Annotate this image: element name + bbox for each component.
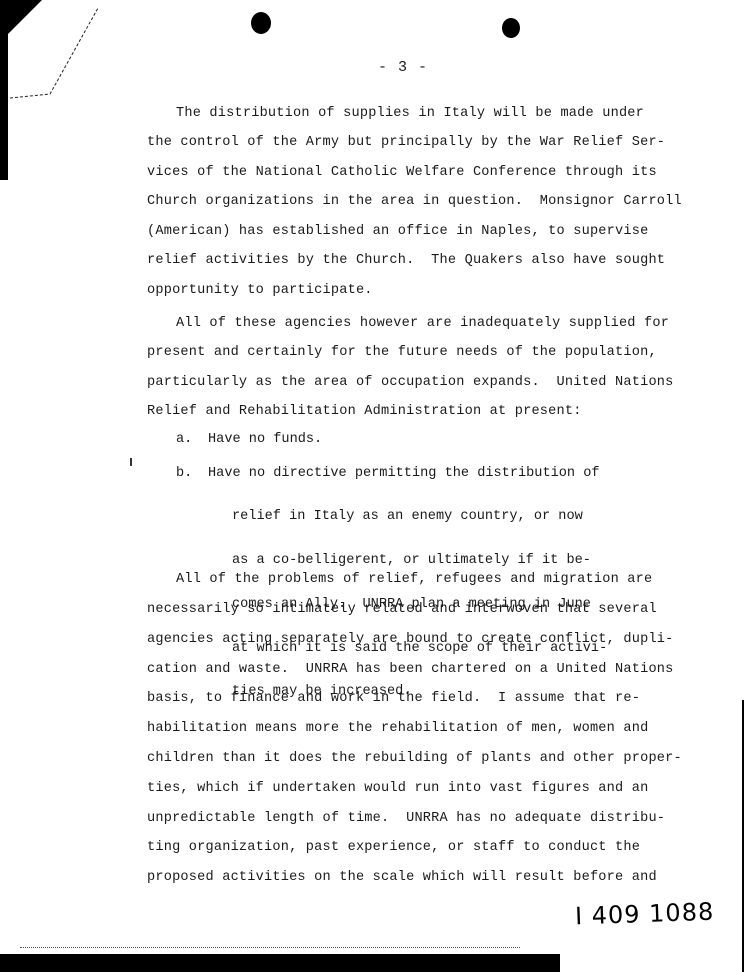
list-item-b-text: Have no directive permitting the distrib… bbox=[208, 466, 600, 481]
text-line: unpredictable length of time. UNRRA has … bbox=[147, 811, 665, 826]
punch-hole-icon bbox=[251, 12, 271, 34]
text-line: (American) has established an office in … bbox=[147, 224, 648, 239]
text-line: All of the problems of relief, refugees … bbox=[176, 572, 652, 587]
text-line: ting organization, past experience, or s… bbox=[147, 840, 640, 855]
paragraph-3: All of the problems of relief, refugees … bbox=[147, 572, 717, 767]
document-page: - 3 - The distribution of supplies in It… bbox=[0, 0, 750, 972]
text-line: relief activities by the Church. The Qua… bbox=[147, 253, 665, 268]
list-item-a-label: a. bbox=[176, 432, 192, 447]
text-line: children than it does the rebuilding of … bbox=[147, 751, 682, 766]
page-number: - 3 - bbox=[378, 59, 428, 76]
text-line: agencies acting separately are bound to … bbox=[147, 632, 674, 647]
text-line: Church organizations in the area in ques… bbox=[147, 194, 682, 209]
text-line: proposed activities on the scale which w… bbox=[147, 870, 657, 885]
handwritten-archive-reference: I 409 1088 bbox=[575, 898, 715, 931]
text-line: The distribution of supplies in Italy wi… bbox=[176, 106, 644, 121]
text-line: the control of the Army but principally … bbox=[147, 135, 665, 150]
text-line: relief in Italy as an enemy country, or … bbox=[232, 510, 607, 525]
punch-hole-icon bbox=[502, 18, 520, 38]
text-line: vices of the National Catholic Welfare C… bbox=[147, 165, 657, 180]
paragraph-2: All of these agencies however are inadeq… bbox=[147, 316, 717, 406]
text-line: as a co-belligerent, or ultimately if it… bbox=[232, 554, 607, 569]
scan-bottom-edge bbox=[0, 954, 560, 972]
text-line: necessarily so intimately related and in… bbox=[147, 602, 657, 617]
text-line: Relief and Rehabilitation Administration… bbox=[147, 404, 582, 419]
text-line: opportunity to participate. bbox=[147, 283, 373, 298]
text-line: particularly as the area of occupation e… bbox=[147, 375, 674, 390]
scan-right-edge bbox=[742, 700, 750, 972]
scan-bottom-noise bbox=[20, 947, 520, 950]
stray-mark bbox=[130, 458, 132, 466]
text-line: cation and waste. UNRRA has been charter… bbox=[147, 662, 674, 677]
text-line: present and certainly for the future nee… bbox=[147, 345, 657, 360]
text-line: basis, to finance and work in the field.… bbox=[147, 691, 640, 706]
text-line: ties, which if undertaken would run into… bbox=[147, 781, 648, 796]
scan-left-edge bbox=[0, 0, 8, 180]
list-item-a-text: Have no funds. bbox=[208, 432, 322, 447]
text-line: habilitation means more the rehabilitati… bbox=[147, 721, 648, 736]
paragraph-1: The distribution of supplies in Italy wi… bbox=[147, 106, 717, 241]
list-item-b-label: b. bbox=[176, 466, 192, 481]
text-line: All of these agencies however are inadeq… bbox=[176, 316, 669, 331]
fold-line-mark bbox=[10, 0, 110, 100]
